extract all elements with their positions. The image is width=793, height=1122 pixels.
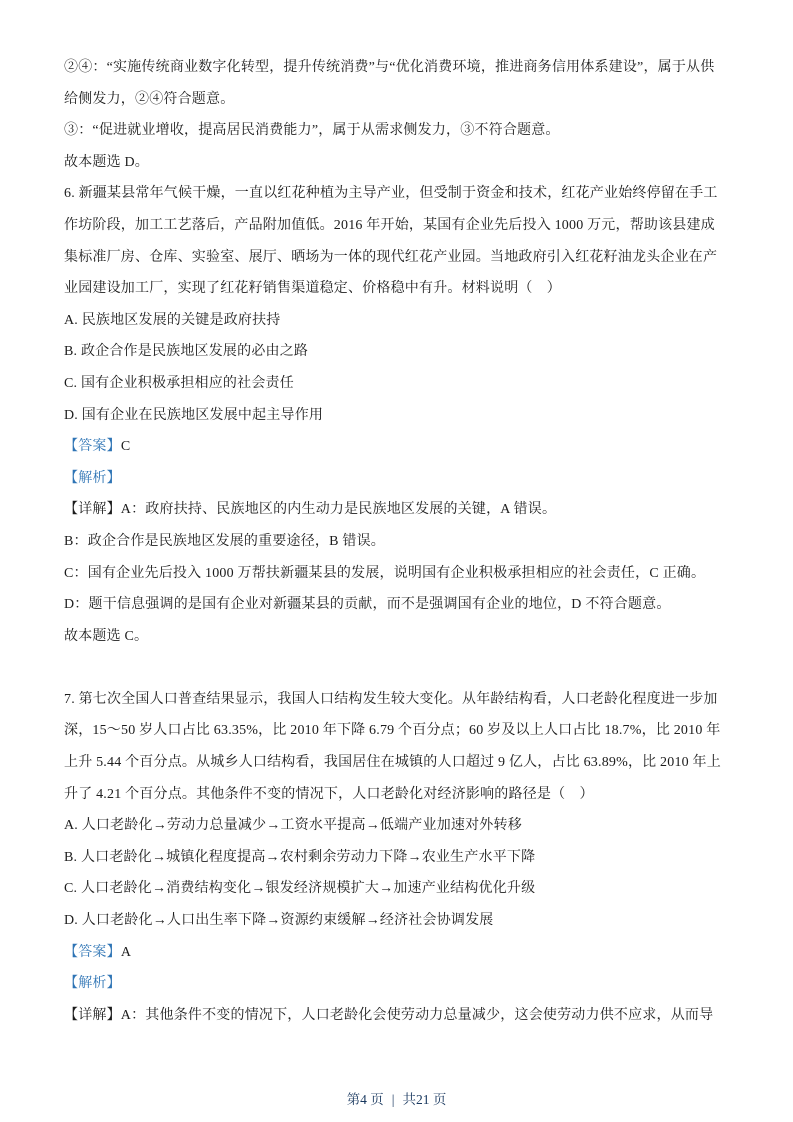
q6-conclusion: 故本题选 C。 (64, 621, 736, 653)
q7-stem-line-2: 深，15～50 岁人口占比 63.35%，比 2010 年下降 6.79 个百分… (64, 715, 736, 747)
q7-analysis-label: 【解析】 (64, 968, 736, 1000)
text-segment: A (121, 945, 131, 960)
q6-stem-line-4: 业园建设加工厂，实现了红花籽销售渠道稳定、价格稳中有升。材料说明（ ） (64, 273, 736, 305)
q6-analysis-label: 【解析】 (64, 463, 736, 495)
text-segment: 升了 4.21 个百分点。其他条件不变的情况下，人口老龄化对经济影响的路径是（ … (64, 787, 594, 802)
text-segment: 故本题选 C。 (64, 629, 148, 644)
text-segment: B. 人口老龄化→城镇化程度提高→农村剩余劳动力下降→农业生产水平下降 (64, 850, 535, 865)
q6-option-a: A. 民族地区发展的关键是政府扶持 (64, 305, 736, 337)
q6-option-c: C. 国有企业积极承担相应的社会责任 (64, 368, 736, 400)
q6-detail-c: C：国有企业先后投入 1000 万帮扶新疆某县的发展，说明国有企业积极承担相应的… (64, 558, 736, 590)
q6-detail-a: 【详解】A：政府扶持、民族地区的内生动力是民族地区发展的关键，A 错误。 (64, 494, 736, 526)
q7-answer: 【答案】A (64, 937, 736, 969)
text-segment: ③：“促进就业增收，提高居民消费能力”，属于从需求侧发力，③不符合题意。 (64, 123, 560, 138)
text-segment: B. 政企合作是民族地区发展的必由之路 (64, 344, 308, 359)
text-segment: A. 民族地区发展的关键是政府扶持 (64, 313, 281, 328)
text-segment: 上升 5.44 个百分点。从城乡人口结构看，我国居住在城镇的人口超过 9 亿人，… (64, 755, 721, 770)
text-segment: C (121, 439, 131, 454)
q5-explain-24-line-2: 给侧发力，②④符合题意。 (64, 84, 736, 116)
q6-stem-line-1: 6. 新疆某县常年气候干燥，一直以红花种植为主导产业，但受制于资金和技术，红花产… (64, 178, 736, 210)
q7-option-b: B. 人口老龄化→城镇化程度提高→农村剩余劳动力下降→农业生产水平下降 (64, 842, 736, 874)
q6-option-d: D. 国有企业在民族地区发展中起主导作用 (64, 400, 736, 432)
q7-option-c: C. 人口老龄化→消费结构变化→银发经济规模扩大→加速产业结构优化升级 (64, 873, 736, 905)
text-segment: C. 国有企业积极承担相应的社会责任 (64, 376, 294, 391)
text-segment: B：政企合作是民族地区发展的重要途径，B 错误。 (64, 534, 385, 549)
q6-option-b: B. 政企合作是民族地区发展的必由之路 (64, 336, 736, 368)
q7-stem-line-1: 7. 第七次全国人口普查结果显示，我国人口结构发生较大变化。从年龄结构看，人口老… (64, 684, 736, 716)
text-segment: 集标准厂房、仓库、实验室、展厅、晒场为一体的现代红花产业园。当地政府引入红花籽油… (64, 250, 717, 265)
text-segment: 【解析】 (64, 471, 121, 486)
text-segment: 深，15～50 岁人口占比 63.35%，比 2010 年下降 6.79 个百分… (64, 723, 720, 738)
text-segment: ②④：“实施传统商业数字化转型，提升传统消费”与“优化消费环境，推进商务信用体系… (64, 60, 714, 75)
q6-stem-line-3: 集标准厂房、仓库、实验室、展厅、晒场为一体的现代红花产业园。当地政府引入红花籽油… (64, 242, 736, 274)
text-segment: 【答案】 (64, 945, 121, 960)
q5-conclusion: 故本题选 D。 (64, 147, 736, 179)
exam-document-page: ②④：“实施传统商业数字化转型，提升传统消费”与“优化消费环境，推进商务信用体系… (0, 0, 793, 1122)
document-content: ②④：“实施传统商业数字化转型，提升传统消费”与“优化消费环境，推进商务信用体系… (64, 52, 736, 1031)
text-segment: 7. 第七次全国人口普查结果显示，我国人口结构发生较大变化。从年龄结构看，人口老… (64, 692, 718, 707)
q6-answer: 【答案】C (64, 431, 736, 463)
footer-total-pages: 共21 页 (402, 1092, 446, 1107)
text-segment: C：国有企业先后投入 1000 万帮扶新疆某县的发展，说明国有企业积极承担相应的… (64, 566, 705, 581)
paragraph-gap (64, 652, 736, 684)
footer-page-number: 第4 页 (347, 1092, 384, 1107)
text-segment: 作坊阶段，加工工艺落后，产品附加值低。2016 年开始，某国有企业先后投入 10… (64, 218, 715, 233)
text-segment: 【详解】A：政府扶持、民族地区的内生动力是民族地区发展的关键，A 错误。 (64, 502, 556, 517)
text-segment: D：题干信息强调的是国有企业对新疆某县的贡献，而不是强调国有企业的地位，D 不符… (64, 597, 671, 612)
q6-stem-line-2: 作坊阶段，加工工艺落后，产品附加值低。2016 年开始，某国有企业先后投入 10… (64, 210, 736, 242)
text-segment: 业园建设加工厂，实现了红花籽销售渠道稳定、价格稳中有升。材料说明（ ） (64, 281, 561, 296)
text-segment: 6. 新疆某县常年气候干燥，一直以红花种植为主导产业，但受制于资金和技术，红花产… (64, 186, 718, 201)
text-segment: 故本题选 D。 (64, 155, 149, 170)
text-segment: D. 人口老龄化→人口出生率下降→资源约束缓解→经济社会协调发展 (64, 913, 494, 928)
q7-detail-a-line-1: 【详解】A：其他条件不变的情况下，人口老龄化会使劳动力总量减少，这会使劳动力供不… (64, 1000, 736, 1032)
q5-explain-3-line: ③：“促进就业增收，提高居民消费能力”，属于从需求侧发力，③不符合题意。 (64, 115, 736, 147)
q5-explain-24-line-1: ②④：“实施传统商业数字化转型，提升传统消费”与“优化消费环境，推进商务信用体系… (64, 52, 736, 84)
text-segment: D. 国有企业在民族地区发展中起主导作用 (64, 408, 323, 423)
text-segment: 【解析】 (64, 976, 121, 991)
q7-stem-line-3: 上升 5.44 个百分点。从城乡人口结构看，我国居住在城镇的人口超过 9 亿人，… (64, 747, 736, 779)
text-segment: 给侧发力，②④符合题意。 (64, 92, 234, 107)
text-segment: A. 人口老龄化→劳动力总量减少→工资水平提高→低端产业加速对外转移 (64, 818, 522, 833)
q7-stem-line-4: 升了 4.21 个百分点。其他条件不变的情况下，人口老龄化对经济影响的路径是（ … (64, 779, 736, 811)
text-segment: C. 人口老龄化→消费结构变化→银发经济规模扩大→加速产业结构优化升级 (64, 881, 535, 896)
q7-option-d: D. 人口老龄化→人口出生率下降→资源约束缓解→经济社会协调发展 (64, 905, 736, 937)
q6-detail-b: B：政企合作是民族地区发展的重要途径，B 错误。 (64, 526, 736, 558)
text-segment: 【答案】 (64, 439, 121, 454)
footer-separator: | (392, 1092, 395, 1107)
q6-detail-d: D：题干信息强调的是国有企业对新疆某县的贡献，而不是强调国有企业的地位，D 不符… (64, 589, 736, 621)
q7-option-a: A. 人口老龄化→劳动力总量减少→工资水平提高→低端产业加速对外转移 (64, 810, 736, 842)
text-segment: 【详解】A：其他条件不变的情况下，人口老龄化会使劳动力总量减少，这会使劳动力供不… (64, 1008, 713, 1023)
page-footer: 第4 页|共21 页 (0, 1088, 793, 1108)
